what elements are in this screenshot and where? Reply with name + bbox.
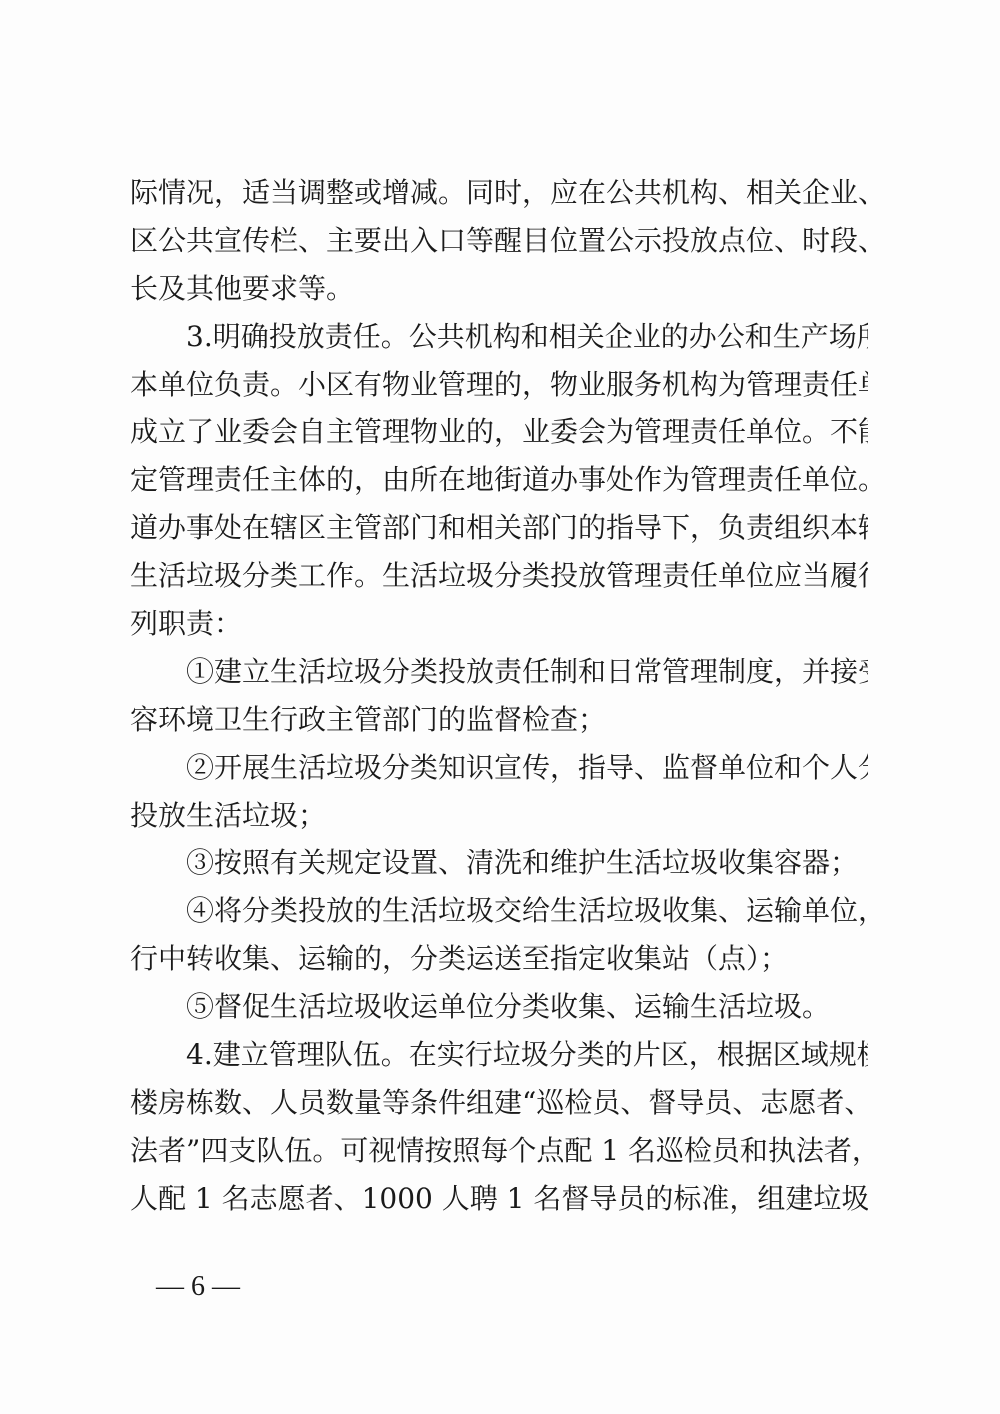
body-text: 际情况，适当调整或增减。同时，应在公共机构、相关企业、小 区公共宣传栏、主要出入… [130,169,868,1223]
list-item-line: ⑤督促生活垃圾收运单位分类收集、运输生活垃圾。 [130,983,868,1031]
text-line: 区公共宣传栏、主要出入口等醒目位置公示投放点位、时段、时 [130,217,868,265]
page-number: — 6 — [156,1270,240,1304]
text-line: 投放生活垃圾； [130,792,868,840]
section-heading-line: 4.建立管理队伍。在实行垃圾分类的片区，根据区域规模、 [130,1031,868,1079]
text-line: 列职责： [130,600,868,648]
text-line: 法者”四支队伍。可视情按照每个点配 1 名巡检员和执法者，100 [130,1127,868,1175]
text-line: 成立了业委会自主管理物业的，业委会为管理责任单位。不能确 [130,408,868,456]
text-line: 生活垃圾分类工作。生活垃圾分类投放管理责任单位应当履行下 [130,552,868,600]
text-line: 楼房栋数、人员数量等条件组建“巡检员、督导员、志愿者、执 [130,1079,868,1127]
document-page: 际情况，适当调整或增减。同时，应在公共机构、相关企业、小 区公共宣传栏、主要出入… [0,0,1000,1414]
text-line: 容环境卫生行政主管部门的监督检查； [130,696,868,744]
text-line: 长及其他要求等。 [130,265,868,313]
list-item-line: ①建立生活垃圾分类投放责任制和日常管理制度，并接受市 [130,648,868,696]
list-item-line: ④将分类投放的生活垃圾交给生活垃圾收集、运输单位，实 [130,887,868,935]
text-line: 定管理责任主体的，由所在地街道办事处作为管理责任单位。各街 [130,456,868,504]
section-heading-line: 3.明确投放责任。公共机构和相关企业的办公和生产场所由 [130,313,868,361]
list-item-line: ②开展生活垃圾分类知识宣传，指导、监督单位和个人分类 [130,744,868,792]
text-line: 人配 1 名志愿者、1000 人聘 1 名督导员的标准，组建垃圾分类 [130,1175,868,1223]
text-line: 行中转收集、运输的，分类运送至指定收集站（点）； [130,935,868,983]
list-item-line: ③按照有关规定设置、清洗和维护生活垃圾收集容器； [130,839,868,887]
text-line: 际情况，适当调整或增减。同时，应在公共机构、相关企业、小 [130,169,868,217]
text-line: 本单位负责。小区有物业管理的，物业服务机构为管理责任单位； [130,361,868,409]
text-line: 道办事处在辖区主管部门和相关部门的指导下，负责组织本辖区的 [130,504,868,552]
